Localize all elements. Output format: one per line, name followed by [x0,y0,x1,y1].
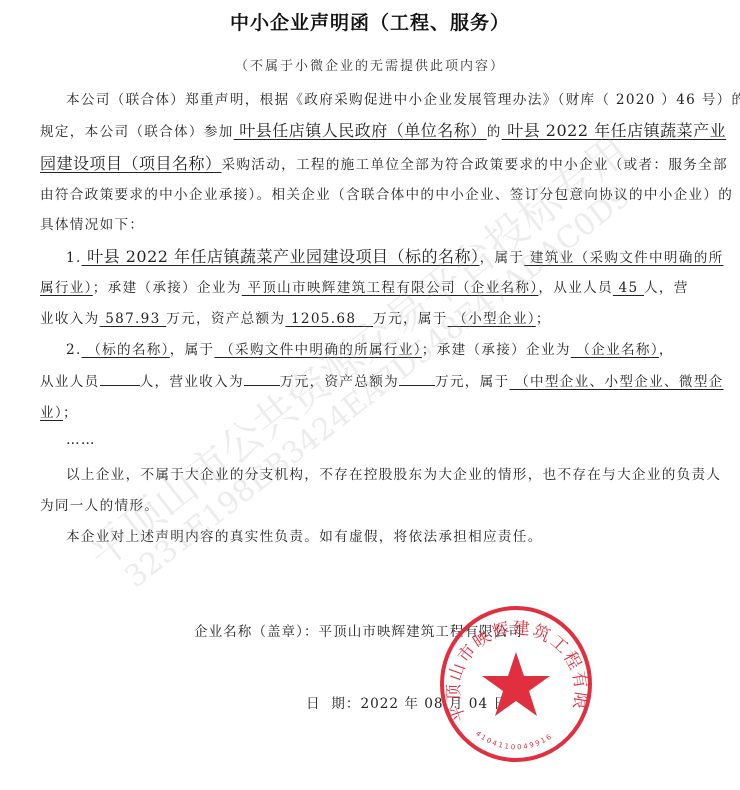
item2-label: ；承建（承接）企业为 [422,342,571,358]
item2-number: 2. [66,342,82,358]
intro-line-2: 规定，本公司（联合体）参加 叶县任店镇人民政府（单位名称）的 叶县 2022 年… [40,118,726,141]
svg-text:4104110049916: 4104110049916 [474,730,555,752]
item2-enterprise-type-part2: 业） [40,405,63,421]
para-not-large-line-1: 以上企业，不属于大企业的分支机构，不存在控股股东为大企业的情形，也不存在与大企业… [66,463,721,483]
seal-code: 4104110049916 [474,730,555,752]
intro-text: 的 [487,124,502,140]
item1-label: 万元，属于 [373,311,447,327]
date-label: 日 期： [306,696,360,712]
item1-staff-count: 45 [613,280,644,296]
item1-line-2: 属行业）；承建（承接）企业为 平顶山市映辉建筑工程有限公司（企业名称），从业人员… [40,276,689,296]
para-not-large-line-2: 为同一人的情形。 [40,494,159,514]
item1-end: ； [536,311,551,327]
item2-assets-blank [399,373,435,386]
purchaser-name: 叶县任店镇人民政府（单位名称） [234,121,487,140]
item2-label: ， [659,342,674,358]
company-seal-icon: 平顶山市映辉建筑工程有限公司 4104110049916 [436,604,596,764]
item2-end: ； [63,405,78,421]
item2-line-3: 业）； [40,401,78,421]
intro-text: 采购活动，工程的施工单位全部为符合政策要求的中小企业（或者：服务全部 [222,157,728,173]
item2-label: 从业人员 [40,374,100,390]
document-subtitle: （不属于小微企业的无需提供此项内容） [0,55,740,74]
item1-line-1: 1. 叶县 2022 年任店镇蔬菜产业园建设项目（标的名称），属于 建筑业（采购… [66,244,724,267]
ellipsis: …… [66,432,96,448]
item2-industry: （采购文件中明确的所属行业） [214,342,421,358]
item2-line-1: 2. （标的名称），属于 （采购文件中明确的所属行业）；承建（承接）企业为 （企… [66,338,674,358]
item2-target: （标的名称） [82,342,170,358]
intro-line-1: 本公司（联合体）郑重声明，根据《政府采购促进中小企业发展管理办法》（财库（ 20… [66,88,740,108]
item1-assets: 1205.68 [285,311,373,327]
item2-label: 人，营业收入为 [140,374,244,390]
company-label: 企业名称（盖章）： [194,624,319,640]
item2-line-2: 从业人员人，营业收入为万元，资产总额为万元，属于 （中型企业、小型企业、微型企 [40,370,724,390]
intro-text: 规定，本公司（联合体）参加 [40,124,234,140]
item2-label: ，属于 [170,342,215,358]
item1-industry-part1: 建筑业（采购文件中明确的所 [524,250,723,266]
item2-staff-blank [100,373,140,386]
item1-label: 业收入为 [40,311,100,327]
item1-enterprise-type: （小型企业） [448,311,536,327]
para-responsibility: 本企业对上述声明内容的真实性负责。如有虚假，将依法承担相应责任。 [66,525,543,545]
item1-label: ，属于 [480,250,525,266]
item1-label: ；承建（承接）企业为 [93,280,242,296]
document-title: 中小企业声明函（工程、服务） [0,8,740,35]
item2-label: 万元，属于 [435,374,509,390]
item2-label: 万元，资产总额为 [280,374,399,390]
item1-number: 1. [66,250,82,266]
item1-contractor: 平顶山市映辉建筑工程有限公司（企业名称） [242,280,539,296]
item1-label: 人，营 [644,280,689,296]
item1-revenue: 587.93 [100,311,167,327]
intro-line-4: 由符合政策要求的中小企业承接）。相关企业（含联合体中的中小企业、签订分包意向协议… [40,183,733,203]
project-name-part1: 叶县 2022 年任店镇蔬菜产业 [502,121,726,140]
item2-revenue-blank [244,373,280,386]
item1-label: 万元，资产总额为 [166,311,285,327]
intro-line-5: 具体情况如下： [40,213,144,233]
item1-industry-part2: 属行业） [40,280,93,296]
project-name-part2: 园建设项目（项目名称） [40,154,222,173]
item2-enterprise-type-part1: （中型企业、小型企业、微型企 [509,374,723,390]
intro-line-3: 园建设项目（项目名称）采购活动，工程的施工单位全部为符合政策要求的中小企业（或者… [40,151,728,174]
item1-target: 叶县 2022 年任店镇蔬菜产业园建设项目（标的名称） [82,247,480,266]
item1-line-3: 业收入为 587.93 万元，资产总额为 1205.68 万元，属于 （小型企业… [40,307,551,327]
item2-contractor: （企业名称） [571,342,659,358]
item1-label: ，从业人员 [538,280,612,296]
